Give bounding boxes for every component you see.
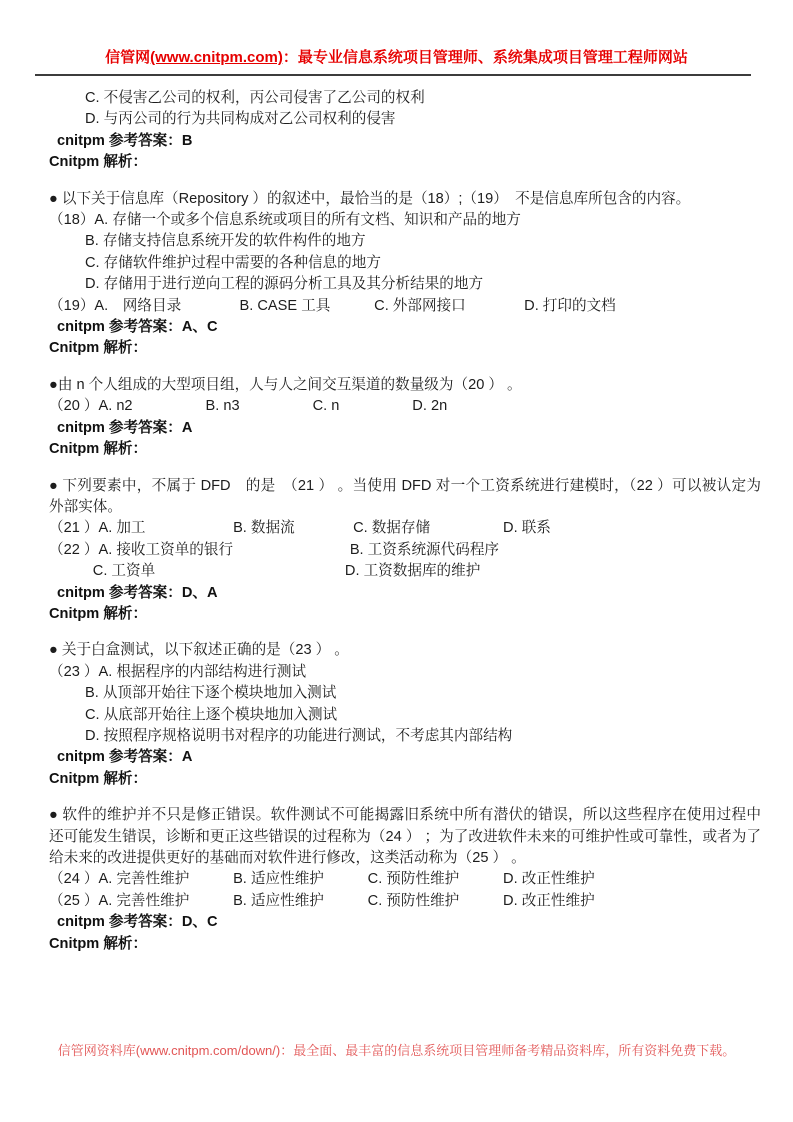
footer-text: 信管网资料库(www.cnitpm.com/down/)：最全面、最丰富的信息系… xyxy=(58,1043,735,1058)
doc-line-option-sub: B. 存储支持信息系统开发的软件构件的地方 xyxy=(49,231,761,252)
doc-line-para: ● 以下关于信息库（Repository ）的叙述中，最恰当的是（18）;（19… xyxy=(49,189,761,210)
doc-line-option-row: （24 ）A. 完善性维护 B. 适应性维护 C. 预防性维护 D. 改正性维护 xyxy=(49,869,761,890)
doc-line-analysis: Cnitpm 解析： xyxy=(49,439,761,460)
site-name: 信管网 xyxy=(105,49,150,66)
site-url-link[interactable]: (www.cnitpm.com) xyxy=(150,49,283,66)
doc-line-option-sub: D. 存储用于进行逆向工程的源码分析工具及其分析结果的地方 xyxy=(49,274,761,295)
doc-line-answer: cnitpm 参考答案：D、C xyxy=(49,912,761,933)
doc-line-option-row: （25 ）A. 完善性维护 B. 适应性维护 C. 预防性维护 D. 改正性维护 xyxy=(49,891,761,912)
doc-line-analysis: Cnitpm 解析： xyxy=(49,769,761,790)
doc-line-answer: cnitpm 参考答案：A xyxy=(49,747,761,768)
doc-line-option-sub: B. 从顶部开始往下逐个模块地加入测试 xyxy=(49,683,761,704)
doc-line-option-sub: C. 从底部开始往上逐个模块地加入测试 xyxy=(49,705,761,726)
doc-line-analysis: Cnitpm 解析： xyxy=(49,934,761,955)
doc-line-analysis: Cnitpm 解析： xyxy=(49,604,761,625)
header-divider xyxy=(35,74,751,76)
doc-line-option-row: （19）A. 网络目录 B. CASE 工具 C. 外部网接口 D. 打印的文档 xyxy=(49,296,761,317)
page-footer: 信管网资料库(www.cnitpm.com/down/)：最全面、最丰富的信息系… xyxy=(0,1040,793,1059)
doc-line-para: ● 下列要素中，不属于 DFD 的是 （21 ） 。当使用 DFD 对一个工资系… xyxy=(49,476,761,519)
page-header: 信管网(www.cnitpm.com)：最专业信息系统项目管理师、系统集成项目管… xyxy=(0,46,793,67)
doc-line-option-row: （18）A. 存储一个或多个信息系统或项目的所有文档、知识和产品的地方 xyxy=(49,210,761,231)
doc-line-analysis: Cnitpm 解析： xyxy=(49,338,761,359)
doc-line-option-row: C. 工资单 D. 工资数据库的维护 xyxy=(49,561,761,582)
doc-line-question: ● 关于白盒测试，以下叙述正确的是（23 ） 。 xyxy=(49,640,761,661)
doc-line-option-row: （23 ）A. 根据程序的内部结构进行测试 xyxy=(49,662,761,683)
doc-line-option-sub: D. 按照程序规格说明书对程序的功能进行测试，不考虑其内部结构 xyxy=(49,726,761,747)
doc-line-answer: cnitpm 参考答案：B xyxy=(49,131,761,152)
doc-line-option-row: （21 ）A. 加工 B. 数据流 C. 数据存储 D. 联系 xyxy=(49,518,761,539)
doc-line-option-sub: C. 存储软件维护过程中需要的各种信息的地方 xyxy=(49,253,761,274)
doc-line-question: ●由 n 个人组成的大型项目组，人与人之间交互渠道的数量级为（20 ） 。 xyxy=(49,375,761,396)
doc-line-answer: cnitpm 参考答案：D、A xyxy=(49,583,761,604)
doc-line-analysis: Cnitpm 解析： xyxy=(49,152,761,173)
document-body: C. 不侵害乙公司的权利，丙公司侵害了乙公司的权利D. 与丙公司的行为共同构成对… xyxy=(49,88,761,955)
doc-line-para: ● 软件的维护并不只是修正错误。软件测试不可能揭露旧系统中所有潜伏的错误，所以这… xyxy=(49,805,761,869)
doc-line-option-row: （22 ）A. 接收工资单的银行 B. 工资系统源代码程序 xyxy=(49,540,761,561)
site-tagline: ：最专业信息系统项目管理师、系统集成项目管理工程师网站 xyxy=(283,49,688,66)
doc-line-answer: cnitpm 参考答案：A xyxy=(49,418,761,439)
doc-line-option-row: （20 ）A. n2 B. n3 C. n D. 2n xyxy=(49,396,761,417)
doc-line-option-sub: C. 不侵害乙公司的权利，丙公司侵害了乙公司的权利 xyxy=(49,88,761,109)
doc-line-option-sub: D. 与丙公司的行为共同构成对乙公司权利的侵害 xyxy=(49,109,761,130)
doc-line-answer: cnitpm 参考答案：A、C xyxy=(49,317,761,338)
